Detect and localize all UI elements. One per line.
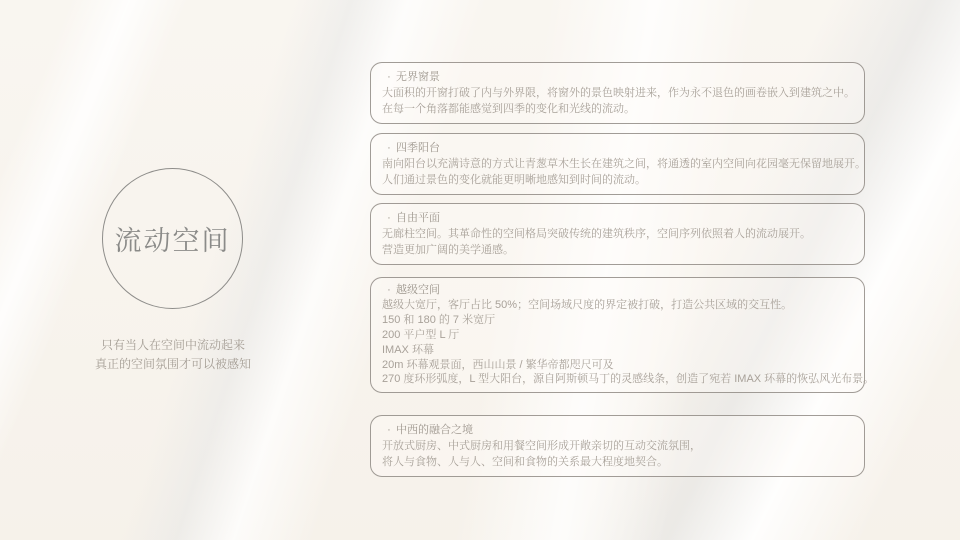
card-text-line: 将人与食物、人与人、空间和食物的关系最大程度地契合。 <box>382 454 852 470</box>
card-text-line: 人们通过景色的变化就能更明晰地感知到时间的流动。 <box>382 172 852 188</box>
caption-line-2: 真正的空间氛围才可以被感知 <box>48 355 298 374</box>
card-text-line: IMAX 环幕 <box>382 343 852 358</box>
bullet-icon: · <box>382 140 396 156</box>
bullet-icon: · <box>382 210 396 226</box>
card-text-line: 200 平户型 L 厅 <box>382 328 852 343</box>
card-text-line: 营造更加广阔的美学通感。 <box>382 242 852 258</box>
card-title: ·自由平面 <box>382 210 852 226</box>
feature-card-superior-space: ·越级空间 越级大宽厅，客厅占比 50%；空间场域尺度的界定被打破，打造公共区域… <box>370 277 865 393</box>
card-title-text: 自由平面 <box>396 212 440 224</box>
card-text-line: 20m 环幕观景面，西山山景 / 繁华帝都咫尺可及 <box>382 358 852 373</box>
card-text-line: 开放式厨房、中式厨房和用餐空间形成开敞亲切的互动交流氛围， <box>382 438 852 454</box>
card-text-line: 越级大宽厅，客厅占比 50%；空间场域尺度的界定被打破，打造公共区域的交互性。 <box>382 298 852 313</box>
hero-circle: 流动空间 <box>102 168 243 309</box>
bullet-icon: · <box>382 422 396 438</box>
card-title-text: 中西的融合之境 <box>396 424 473 436</box>
feature-card-borderless-window: ·无界窗景 大面积的开窗打破了内与外界限，将窗外的景色映射进来，作为永不退色的画… <box>370 62 865 124</box>
card-text-line: 无廊柱空间。其革命性的空间格局突破传统的建筑秩序，空间序列依照着人的流动展开。 <box>382 226 852 242</box>
feature-card-four-season-balcony: ·四季阳台 南向阳台以充满诗意的方式让青葱草木生长在建筑之间，将通透的室内空间向… <box>370 133 865 195</box>
card-text-line: 在每一个角落都能感觉到四季的变化和光线的流动。 <box>382 101 852 117</box>
slide-caption: 只有当人在空间中流动起来 真正的空间氛围才可以被感知 <box>48 336 298 374</box>
slide-background: 流动空间 只有当人在空间中流动起来 真正的空间氛围才可以被感知 ·无界窗景 大面… <box>0 0 960 540</box>
card-text-line: 南向阳台以充满诗意的方式让青葱草木生长在建筑之间，将通透的室内空间向花园毫无保留… <box>382 156 852 172</box>
feature-card-free-plan: ·自由平面 无廊柱空间。其革命性的空间格局突破传统的建筑秩序，空间序列依照着人的… <box>370 203 865 265</box>
card-title: ·无界窗景 <box>382 69 852 85</box>
bullet-icon: · <box>382 69 396 85</box>
card-title-text: 无界窗景 <box>396 71 440 83</box>
bullet-icon: · <box>382 283 396 298</box>
card-title: ·四季阳台 <box>382 140 852 156</box>
card-title-text: 越级空间 <box>396 284 440 296</box>
card-title: ·越级空间 <box>382 283 852 298</box>
card-text-line: 150 和 180 的 7 米宽厅 <box>382 313 852 328</box>
slide-title: 流动空间 <box>115 219 231 258</box>
card-text-line: 270 度环形弧度，L 型大阳台，源自阿斯顿马丁的灵感线条，创造了宛若 IMAX… <box>382 372 852 387</box>
feature-card-east-west-fusion: ·中西的融合之境 开放式厨房、中式厨房和用餐空间形成开敞亲切的互动交流氛围， 将… <box>370 415 865 477</box>
card-title-text: 四季阳台 <box>396 142 440 154</box>
caption-line-1: 只有当人在空间中流动起来 <box>48 336 298 355</box>
card-text-line: 大面积的开窗打破了内与外界限，将窗外的景色映射进来，作为永不退色的画卷嵌入到建筑… <box>382 85 852 101</box>
card-title: ·中西的融合之境 <box>382 422 852 438</box>
